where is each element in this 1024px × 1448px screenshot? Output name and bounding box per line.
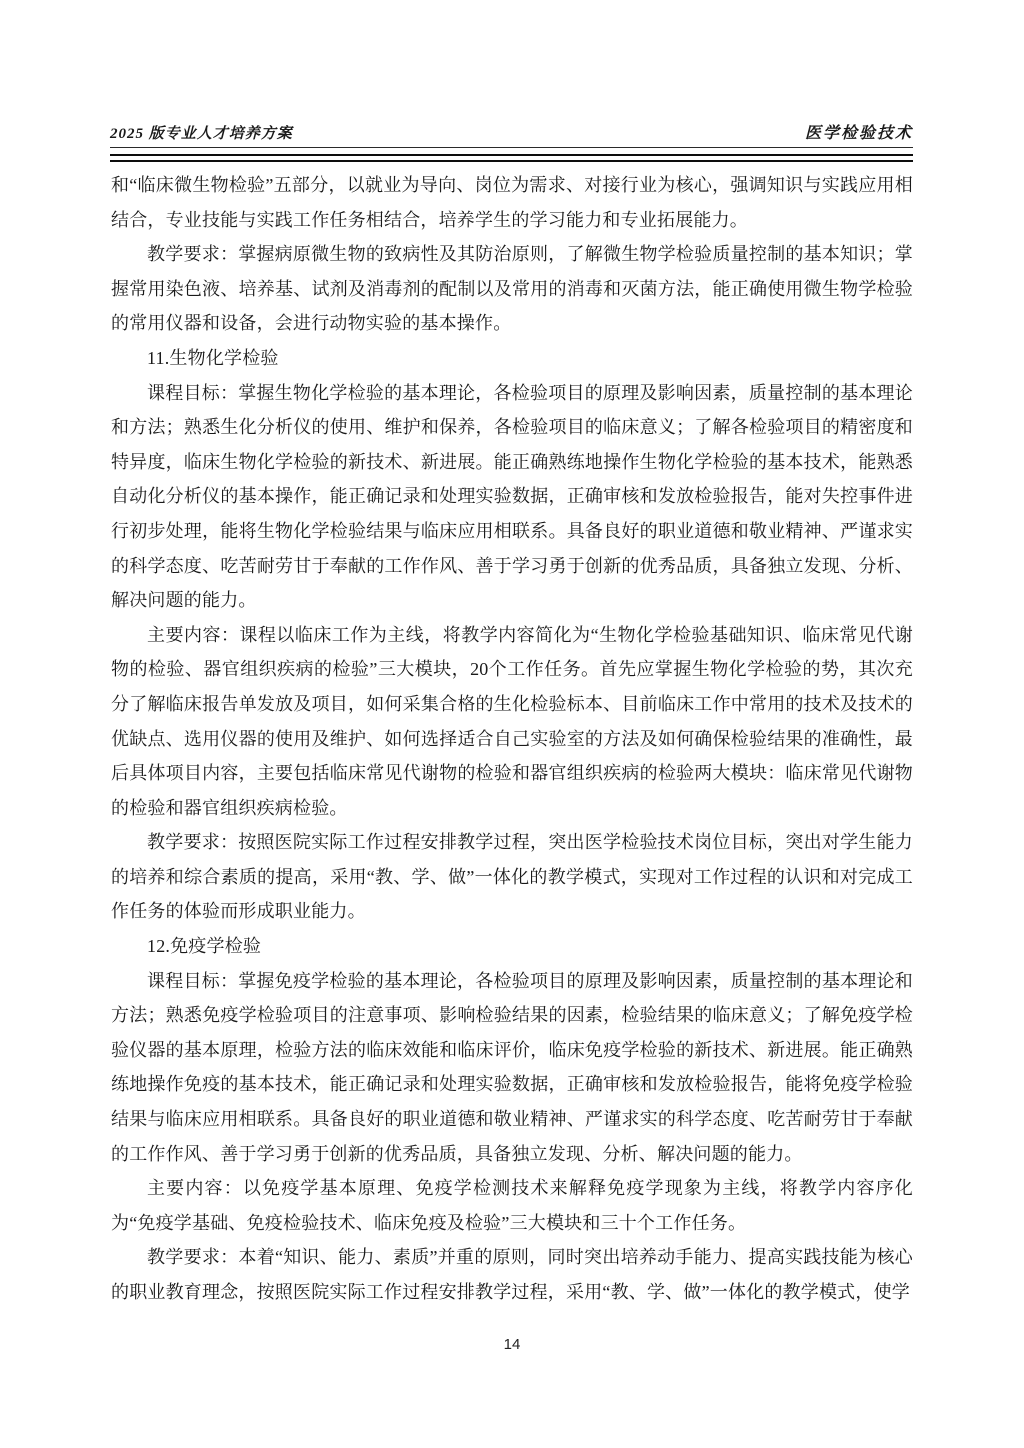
body-paragraph: 教学要求：按照医院实际工作过程安排教学过程，突出医学检验技术岗位目标，突出对学生… — [111, 825, 913, 929]
header-title-right: 医学检验技术 — [805, 120, 913, 143]
section-heading: 12.免疫学检验 — [111, 929, 913, 964]
header-thin-rule — [110, 147, 913, 148]
body-paragraph: 主要内容：以免疫学基本原理、免疫学检测技术来解释免疫学现象为主线，将教学内容序化… — [111, 1171, 913, 1240]
body-paragraph: 教学要求：掌握病原微生物的致病性及其防治原则，了解微生物学检验质量控制的基本知识… — [111, 237, 913, 341]
page-number: 14 — [504, 1336, 521, 1353]
body-paragraph: 主要内容：课程以临床工作为主线，将教学内容简化为“生物化学检验基础知识、临床常见… — [111, 618, 913, 826]
document-page: 2025 版专业人才培养方案 医学检验技术 和“临床微生物检验”五部分，以就业为… — [0, 0, 1024, 1448]
body-paragraph: 课程目标：掌握生物化学检验的基本理论，各检验项目的原理及影响因素，质量控制的基本… — [111, 376, 913, 618]
page-footer: 14 — [0, 1336, 1024, 1353]
body-paragraph: 和“临床微生物检验”五部分，以就业为导向、岗位为需求、对接行业为核心，强调知识与… — [111, 168, 913, 237]
document-body: 和“临床微生物检验”五部分，以就业为导向、岗位为需求、对接行业为核心，强调知识与… — [111, 168, 913, 1310]
body-paragraph: 课程目标：掌握免疫学检验的基本理论，各检验项目的原理及影响因素，质量控制的基本理… — [111, 964, 913, 1172]
header-double-rule — [110, 154, 913, 162]
page-header: 2025 版专业人才培养方案 医学检验技术 — [110, 120, 913, 162]
body-paragraph: 教学要求：本着“知识、能力、素质”并重的原则，同时突出培养动手能力、提高实践技能… — [111, 1240, 913, 1309]
header-title-left: 2025 版专业人才培养方案 — [110, 122, 293, 143]
section-heading: 11.生物化学检验 — [111, 341, 913, 376]
